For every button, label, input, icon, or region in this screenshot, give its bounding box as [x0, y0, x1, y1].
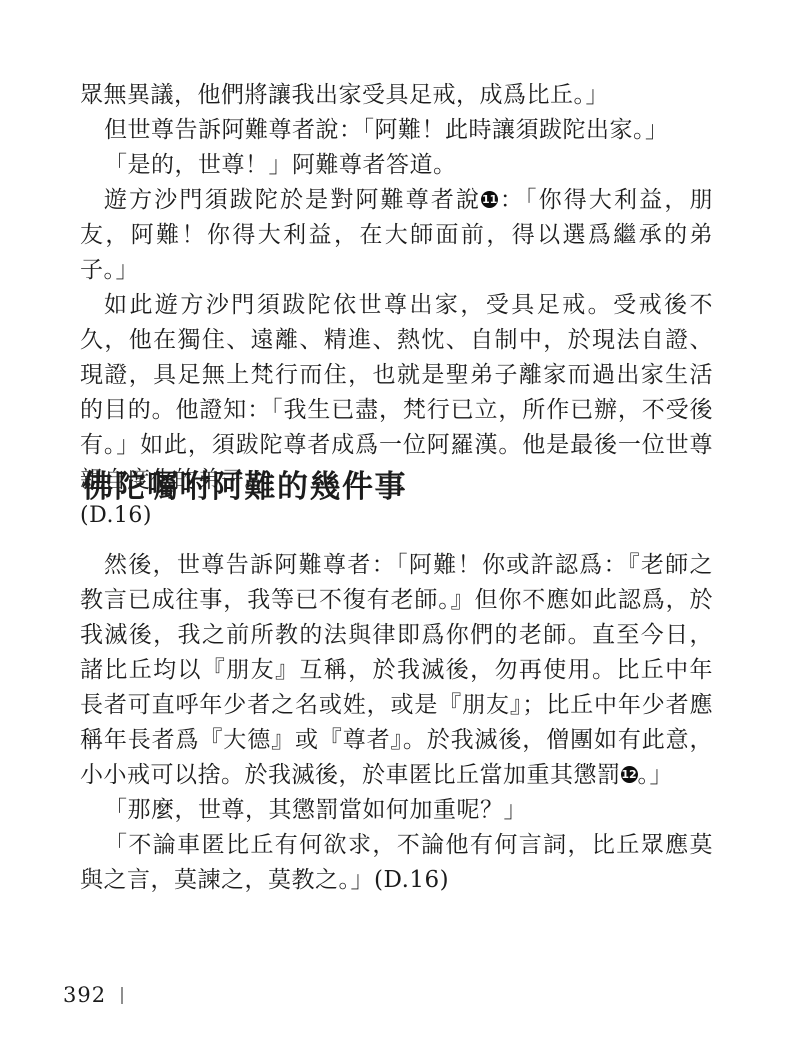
paragraph-text: 遊方沙門須跋陀於是對阿難尊者說	[104, 187, 481, 213]
paragraph: 眾無異議，他們將讓我出家受具足戒，成爲比丘。」	[80, 78, 713, 113]
paragraph: 然後，世尊告訴阿難尊者：「阿難！你或許認爲：『老師之教言已成往事，我等已不復有老…	[80, 548, 713, 793]
paragraph-text: 。」	[638, 762, 674, 788]
paragraph: 遊方沙門須跋陀於是對阿難尊者說11：「你得大利益，朋友，阿難！你得大利益，在大師…	[80, 183, 713, 288]
footnote-marker-12: 12	[621, 766, 638, 783]
paragraph: 「不論車匿比丘有何欲求，不論他有何言詞，比丘眾應莫與之言，莫諫之，莫教之。」(D…	[80, 828, 713, 898]
paragraph: 如此遊方沙門須跋陀依世尊出家，受具足戒。受戒後不久，他在獨住、遠離、精進、熱忱、…	[80, 288, 713, 498]
page-footer: 392	[63, 983, 123, 1007]
footer-divider	[121, 987, 123, 1004]
page-number: 392	[63, 983, 106, 1007]
book-page: 眾無異議，他們將讓我出家受具足戒，成爲比丘。」 但世尊告訴阿難尊者說：「阿難！此…	[0, 0, 792, 1056]
section-1: 眾無異議，他們將讓我出家受具足戒，成爲比丘。」 但世尊告訴阿難尊者說：「阿難！此…	[80, 78, 713, 533]
paragraph: 「是的，世尊！」阿難尊者答道。	[80, 148, 713, 183]
paragraph: 但世尊告訴阿難尊者說：「阿難！此時讓須跋陀出家。」	[80, 113, 713, 148]
section-heading: 佛陀囑咐阿難的幾件事	[82, 468, 407, 506]
paragraph-text: 然後，世尊告訴阿難尊者：「阿難！你或許認爲：『老師之教言已成往事，我等已不復有老…	[80, 552, 713, 788]
footnote-marker-11: 11	[481, 191, 498, 208]
section-2: 然後，世尊告訴阿難尊者：「阿難！你或許認爲：『老師之教言已成往事，我等已不復有老…	[80, 548, 713, 898]
paragraph: 「那麼，世尊，其懲罰當如何加重呢？」	[80, 793, 713, 828]
